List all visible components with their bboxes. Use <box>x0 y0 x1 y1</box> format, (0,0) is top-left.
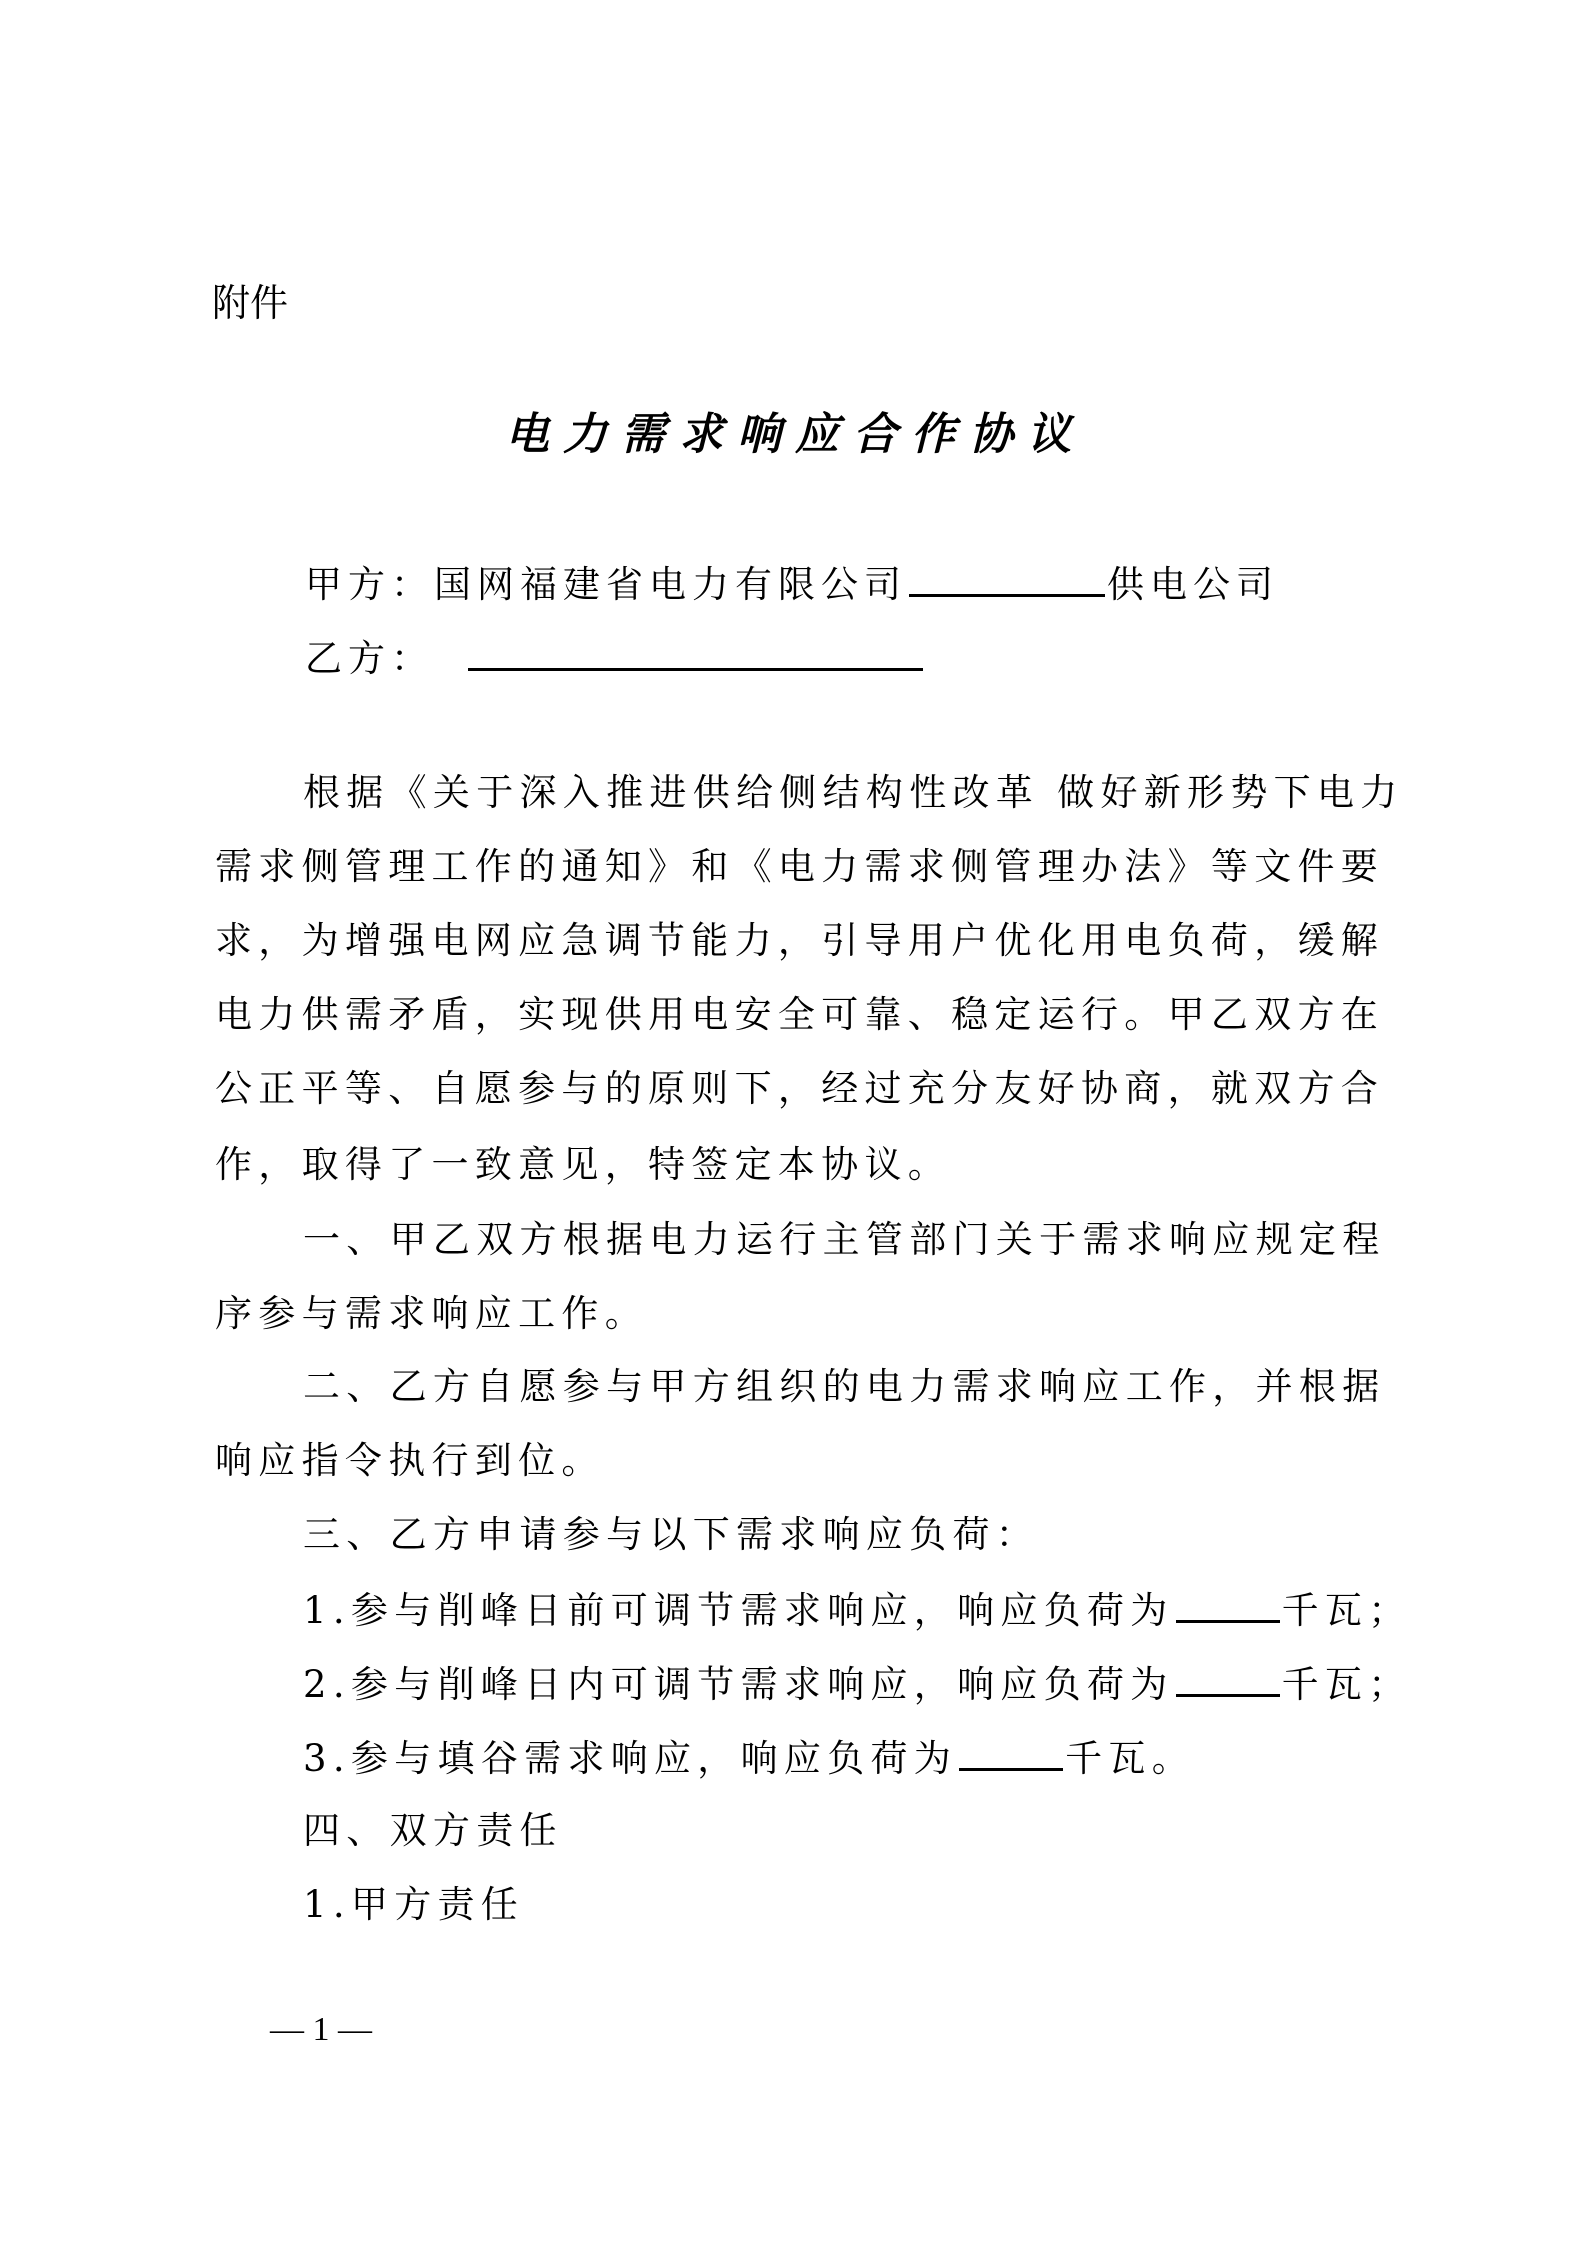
peak-intraday-load-field[interactable] <box>1176 1658 1280 1697</box>
document-page: 附件 电力需求响应合作协议 甲方：国网福建省电力有限公司供电公司 乙方： 根据《… <box>0 0 1587 2245</box>
clause-1-line: 序参与需求响应工作。 <box>215 1289 648 1339</box>
party-a-name-prefix: 国网福建省电力有限公司 <box>434 563 907 606</box>
load-item-text: 3.参与填谷需求响应，响应负荷为 <box>303 1737 957 1780</box>
load-item-peak-intraday: 2.参与削峰日内可调节需求响应，响应负荷为千瓦； <box>215 1658 1412 1710</box>
attachment-label: 附件 <box>212 278 288 328</box>
party-a-name-suffix: 供电公司 <box>1107 563 1279 606</box>
clause-1-line: 一、甲乙双方根据电力运行主管部门关于需求响应规定程 <box>215 1215 1386 1265</box>
load-item-unit: 千瓦； <box>1282 1589 1412 1632</box>
load-item-text: 1.参与削峰日前可调节需求响应，响应负荷为 <box>303 1589 1174 1632</box>
peak-day-ahead-load-field[interactable] <box>1176 1584 1280 1623</box>
page-number: — 1 — <box>270 2008 372 2052</box>
clause-4-subheading: 1.甲方责任 <box>215 1880 524 1930</box>
load-item-text: 2.参与削峰日内可调节需求响应，响应负荷为 <box>303 1663 1174 1706</box>
party-a-label: 甲方： <box>305 563 434 606</box>
preamble-line: 作，取得了一致意见，特签定本协议。 <box>215 1140 951 1190</box>
document-title: 电力需求响应合作协议 <box>505 400 1105 470</box>
clause-3-heading: 三、乙方申请参与以下需求响应负荷： <box>215 1510 1039 1560</box>
load-item-unit: 千瓦； <box>1282 1663 1412 1706</box>
party-a-line: 甲方：国网福建省电力有限公司供电公司 <box>305 558 1279 610</box>
clause-4-heading: 四、双方责任 <box>215 1806 563 1856</box>
load-item-peak-day-ahead: 1.参与削峰日前可调节需求响应，响应负荷为千瓦； <box>215 1584 1412 1636</box>
preamble-line: 公正平等、自愿参与的原则下，经过充分友好协商，就双方合 <box>215 1064 1384 1114</box>
clause-2-line: 二、乙方自愿参与甲方组织的电力需求响应工作，并根据 <box>215 1362 1386 1412</box>
preamble-line: 求，为增强电网应急调节能力，引导用户优化用电负荷，缓解 <box>215 916 1384 966</box>
preamble-line: 电力供需矛盾，实现供用电安全可靠、稳定运行。甲乙双方在 <box>215 990 1384 1040</box>
preamble-line: 根据《关于深入推进供给侧结构性改革 做好新形势下电力 <box>215 768 1404 818</box>
preamble-line: 需求侧管理工作的通知》和《电力需求侧管理办法》等文件要 <box>215 842 1384 892</box>
valley-fill-load-field[interactable] <box>959 1732 1063 1771</box>
party-b-blank-field[interactable] <box>468 632 923 671</box>
load-item-unit: 千瓦。 <box>1065 1737 1195 1780</box>
party-a-blank-field[interactable] <box>909 558 1105 597</box>
party-b-label: 乙方： <box>305 637 434 680</box>
party-b-line: 乙方： <box>305 632 925 684</box>
load-item-valley-fill: 3.参与填谷需求响应，响应负荷为千瓦。 <box>215 1732 1195 1784</box>
clause-2-line: 响应指令执行到位。 <box>215 1436 605 1486</box>
